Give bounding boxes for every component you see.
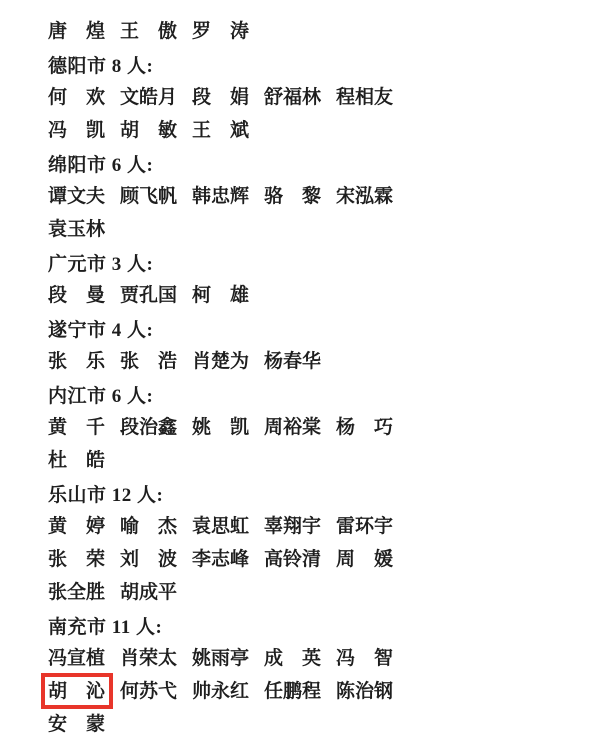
person-name: 谭文夫 — [48, 187, 105, 206]
person-name: 刘 波 — [120, 550, 177, 569]
person-name-text: 王 斌 — [192, 120, 249, 141]
person-name: 韩忠辉 — [192, 187, 249, 206]
person-name-text: 姚 凯 — [192, 417, 249, 438]
person-name: 成 英 — [264, 649, 321, 668]
person-name-text: 周裕棠 — [264, 417, 321, 438]
person-name-text: 袁思虹 — [192, 516, 249, 537]
name-list: 唐 煌王 傲罗 涛德阳市 8 人:何 欢文皓月段 娟舒福林程相友冯 凯胡 敏王 … — [0, 0, 605, 741]
person-name-text: 周 媛 — [336, 549, 393, 570]
person-name: 周 媛 — [336, 550, 393, 569]
person-name-text: 黄 千 — [48, 417, 105, 438]
person-name-text: 程相友 — [336, 87, 393, 108]
city-section: 乐山市 12 人:黄 婷喻 杰袁思虹辜翔宇雷环宇张 荣刘 波李志峰高铃清周 媛张… — [48, 477, 605, 609]
city-section: 广元市 3 人:段 曼贾孔国柯 雄 — [48, 246, 605, 312]
person-name-text: 成 英 — [264, 648, 321, 669]
person-name: 杨春华 — [264, 352, 321, 371]
person-name-text: 喻 杰 — [120, 516, 177, 537]
person-name: 王 傲 — [120, 22, 177, 41]
person-name-text: 辜翔宇 — [264, 516, 321, 537]
person-name: 姚 凯 — [192, 418, 249, 437]
person-name-highlighted: 胡 沁 — [48, 682, 105, 701]
person-name: 任鹏程 — [264, 682, 321, 701]
person-name-text: 任鹏程 — [264, 681, 321, 702]
person-name-text: 韩忠辉 — [192, 186, 249, 207]
person-name: 段 娟 — [192, 88, 249, 107]
name-row: 张 乐张 浩肖楚为杨春华 — [48, 345, 605, 378]
person-name-text: 文皓月 — [120, 87, 177, 108]
person-name: 袁思虹 — [192, 517, 249, 536]
person-name-text: 李志峰 — [192, 549, 249, 570]
person-name-text: 肖楚为 — [192, 351, 249, 372]
city-header: 绵阳市 6 人: — [48, 147, 605, 180]
city-header-text: 南充市 11 人: — [48, 612, 162, 639]
person-name: 张 乐 — [48, 352, 105, 371]
person-name: 程相友 — [336, 88, 393, 107]
name-row: 谭文夫顾飞帆韩忠辉骆 黎宋泓霖 — [48, 180, 605, 213]
person-name: 宋泓霖 — [336, 187, 393, 206]
person-name: 周裕棠 — [264, 418, 321, 437]
person-name: 顾飞帆 — [120, 187, 177, 206]
name-row: 何 欢文皓月段 娟舒福林程相友 — [48, 81, 605, 114]
city-header: 广元市 3 人: — [48, 246, 605, 279]
city-header-text: 广元市 3 人: — [48, 249, 153, 276]
city-header: 南充市 11 人: — [48, 609, 605, 642]
person-name-text: 何苏弋 — [120, 681, 177, 702]
person-name: 胡 敏 — [120, 121, 177, 140]
person-name: 唐 煌 — [48, 22, 105, 41]
person-name-text: 高铃清 — [264, 549, 321, 570]
person-name-text: 骆 黎 — [264, 186, 321, 207]
person-name: 贾孔国 — [120, 286, 177, 305]
person-name-text: 张全胜 — [48, 582, 105, 603]
person-name: 段治鑫 — [120, 418, 177, 437]
person-name: 何 欢 — [48, 88, 105, 107]
city-header-text: 内江市 6 人: — [48, 381, 153, 408]
person-name: 李志峰 — [192, 550, 249, 569]
person-name: 舒福林 — [264, 88, 321, 107]
person-name-text: 冯 凯 — [48, 120, 105, 141]
name-row: 杜 皓 — [48, 444, 605, 477]
name-row: 冯宣植肖荣太姚雨亭成 英冯 智 — [48, 642, 605, 675]
person-name-text: 顾飞帆 — [120, 186, 177, 207]
city-header: 德阳市 8 人: — [48, 48, 605, 81]
person-name: 高铃清 — [264, 550, 321, 569]
person-name-text: 罗 涛 — [192, 21, 249, 42]
person-name: 杨 巧 — [336, 418, 393, 437]
person-name-text: 胡 沁 — [48, 681, 105, 702]
person-name: 骆 黎 — [264, 187, 321, 206]
city-header-text: 乐山市 12 人: — [48, 480, 163, 507]
city-section: 遂宁市 4 人:张 乐张 浩肖楚为杨春华 — [48, 312, 605, 378]
city-section: 南充市 11 人:冯宣植肖荣太姚雨亭成 英冯 智胡 沁何苏弋帅永红任鹏程陈治钢安… — [48, 609, 605, 741]
person-name: 冯 凯 — [48, 121, 105, 140]
city-header: 遂宁市 4 人: — [48, 312, 605, 345]
person-name-text: 雷环宇 — [336, 516, 393, 537]
city-section: 唐 煌王 傲罗 涛 — [48, 15, 605, 48]
person-name: 柯 雄 — [192, 286, 249, 305]
person-name: 喻 杰 — [120, 517, 177, 536]
person-name-text: 谭文夫 — [48, 186, 105, 207]
person-name: 帅永红 — [192, 682, 249, 701]
person-name-text: 杨 巧 — [336, 417, 393, 438]
city-section: 绵阳市 6 人:谭文夫顾飞帆韩忠辉骆 黎宋泓霖袁玉林 — [48, 147, 605, 246]
person-name: 张全胜 — [48, 583, 105, 602]
person-name-text: 王 傲 — [120, 21, 177, 42]
person-name-text: 张 浩 — [120, 351, 177, 372]
name-row: 冯 凯胡 敏王 斌 — [48, 114, 605, 147]
document-page: 唐 煌王 傲罗 涛德阳市 8 人:何 欢文皓月段 娟舒福林程相友冯 凯胡 敏王 … — [0, 0, 605, 753]
person-name-text: 冯 智 — [336, 648, 393, 669]
person-name: 安 蒙 — [48, 715, 105, 734]
person-name-text: 帅永红 — [192, 681, 249, 702]
city-header: 内江市 6 人: — [48, 378, 605, 411]
person-name: 何苏弋 — [120, 682, 177, 701]
person-name-text: 贾孔国 — [120, 285, 177, 306]
person-name-text: 杜 皓 — [48, 450, 105, 471]
person-name: 冯宣植 — [48, 649, 105, 668]
person-name: 冯 智 — [336, 649, 393, 668]
person-name-text: 唐 煌 — [48, 21, 105, 42]
person-name-text: 陈治钢 — [336, 681, 393, 702]
person-name: 张 荣 — [48, 550, 105, 569]
name-row: 胡 沁何苏弋帅永红任鹏程陈治钢 — [48, 675, 605, 708]
person-name: 辜翔宇 — [264, 517, 321, 536]
person-name: 罗 涛 — [192, 22, 249, 41]
person-name-text: 柯 雄 — [192, 285, 249, 306]
name-row: 安 蒙 — [48, 708, 605, 741]
person-name: 段 曼 — [48, 286, 105, 305]
city-header-text: 绵阳市 6 人: — [48, 150, 153, 177]
name-row: 唐 煌王 傲罗 涛 — [48, 15, 605, 48]
city-header-text: 德阳市 8 人: — [48, 51, 153, 78]
person-name-text: 肖荣太 — [120, 648, 177, 669]
person-name: 姚雨亭 — [192, 649, 249, 668]
city-header: 乐山市 12 人: — [48, 477, 605, 510]
person-name-text: 舒福林 — [264, 87, 321, 108]
person-name: 陈治钢 — [336, 682, 393, 701]
name-row: 张 荣刘 波李志峰高铃清周 媛 — [48, 543, 605, 576]
person-name-text: 姚雨亭 — [192, 648, 249, 669]
city-header-text: 遂宁市 4 人: — [48, 315, 153, 342]
person-name: 肖楚为 — [192, 352, 249, 371]
person-name-text: 张 荣 — [48, 549, 105, 570]
name-row: 段 曼贾孔国柯 雄 — [48, 279, 605, 312]
person-name: 肖荣太 — [120, 649, 177, 668]
person-name: 胡成平 — [120, 583, 177, 602]
person-name: 文皓月 — [120, 88, 177, 107]
person-name-text: 安 蒙 — [48, 714, 105, 735]
city-section: 德阳市 8 人:何 欢文皓月段 娟舒福林程相友冯 凯胡 敏王 斌 — [48, 48, 605, 147]
name-row: 黄 千段治鑫姚 凯周裕棠杨 巧 — [48, 411, 605, 444]
city-section: 内江市 6 人:黄 千段治鑫姚 凯周裕棠杨 巧杜 皓 — [48, 378, 605, 477]
person-name-text: 杨春华 — [264, 351, 321, 372]
person-name: 张 浩 — [120, 352, 177, 371]
person-name-text: 冯宣植 — [48, 648, 105, 669]
name-row: 袁玉林 — [48, 213, 605, 246]
person-name: 黄 婷 — [48, 517, 105, 536]
person-name-text: 张 乐 — [48, 351, 105, 372]
person-name-text: 胡 敏 — [120, 120, 177, 141]
person-name-text: 宋泓霖 — [336, 186, 393, 207]
name-row: 张全胜胡成平 — [48, 576, 605, 609]
name-row: 黄 婷喻 杰袁思虹辜翔宇雷环宇 — [48, 510, 605, 543]
person-name-text: 段 娟 — [192, 87, 249, 108]
person-name-text: 黄 婷 — [48, 516, 105, 537]
person-name-text: 段治鑫 — [120, 417, 177, 438]
person-name: 袁玉林 — [48, 220, 105, 239]
person-name-text: 袁玉林 — [48, 219, 105, 240]
person-name: 杜 皓 — [48, 451, 105, 470]
person-name: 黄 千 — [48, 418, 105, 437]
person-name: 王 斌 — [192, 121, 249, 140]
person-name-text: 段 曼 — [48, 285, 105, 306]
person-name-text: 何 欢 — [48, 87, 105, 108]
person-name: 雷环宇 — [336, 517, 393, 536]
person-name-text: 胡成平 — [120, 582, 177, 603]
person-name-text: 刘 波 — [120, 549, 177, 570]
